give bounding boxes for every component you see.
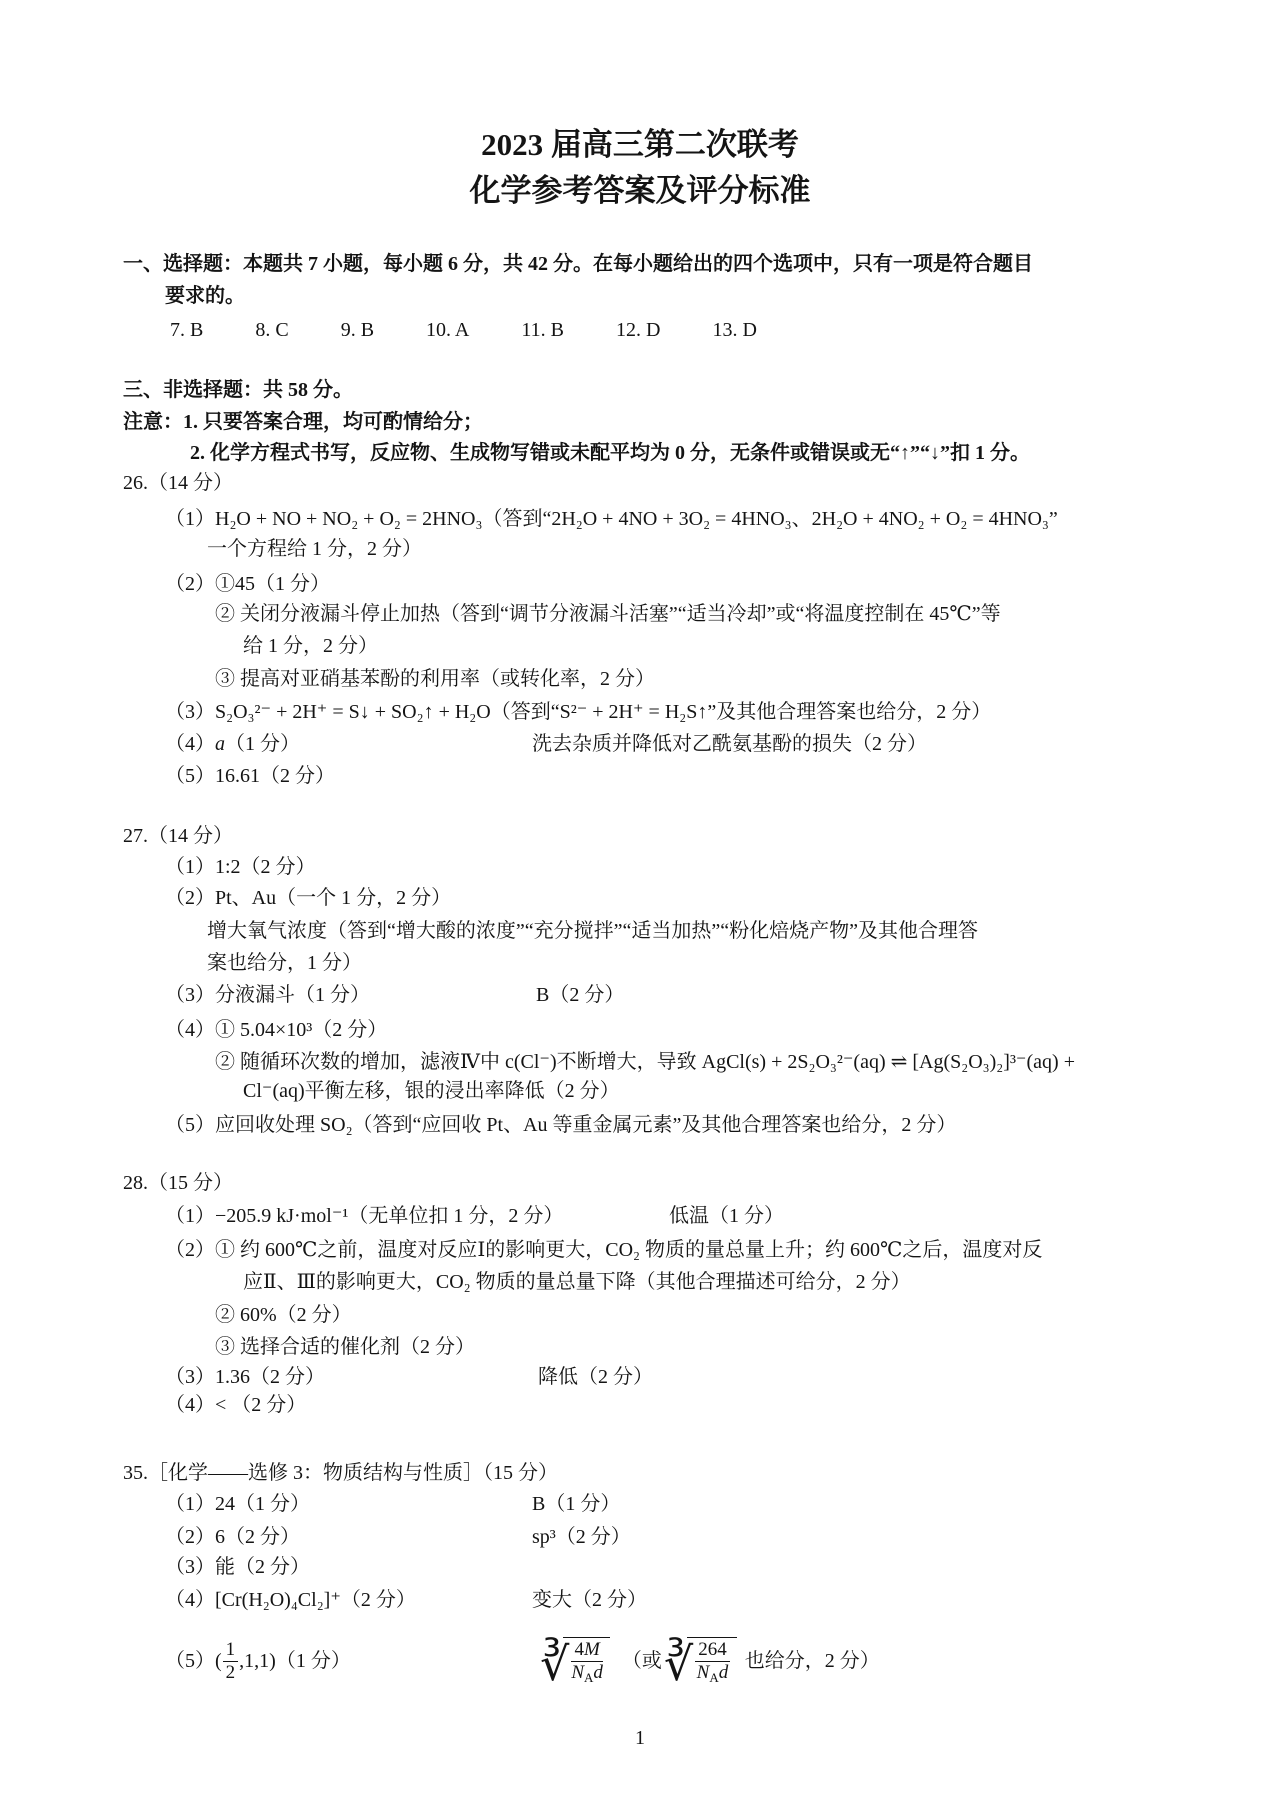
cube-root-sign: ∛ bbox=[664, 1641, 693, 1687]
fraction-denominator: NAd bbox=[695, 1662, 730, 1685]
radicand: 4MNAd bbox=[563, 1637, 610, 1685]
q35-item2-col2: sp³（2 分） bbox=[532, 1522, 631, 1552]
answer-q7: 7. B bbox=[170, 315, 203, 345]
q35-head: 35.［化学——选修 3：物质结构与性质］（15 分） bbox=[123, 1458, 558, 1488]
answer-q10: 10. A bbox=[426, 315, 469, 345]
q35-item5: （5）(12,1,1)（1 分） ∛ 4MNAd （或 ∛ 264NAd 也给分… bbox=[165, 1626, 351, 1696]
q35-item4-col2: 变大（2 分） bbox=[532, 1585, 647, 1615]
q28-item4: （4）< （2 分） bbox=[165, 1390, 306, 1420]
q35-item2-col1: （2）6（2 分） bbox=[165, 1526, 300, 1548]
q27-item4-sub2-cont: Cl⁻(aq)平衡左移，银的浸出率降低（2 分） bbox=[243, 1076, 620, 1106]
q28-item2-sub3: ③ 选择合适的催化剂（2 分） bbox=[215, 1332, 475, 1362]
q26-head: 26.（14 分） bbox=[123, 468, 233, 498]
q35-item4: （4）[Cr(H₂O)₄Cl₂]⁺（2 分） 变大（2 分） bbox=[165, 1585, 416, 1615]
answer-sheet-page: 2023 届高三第二次联考 化学参考答案及评分标准 一、选择题：本题共 7 小题… bbox=[0, 0, 1280, 1810]
alternate-open: （或 bbox=[622, 1646, 662, 1676]
q28-item1-col1: （1）−205.9 kJ·mol⁻¹（无单位扣 1 分，2 分） bbox=[165, 1205, 563, 1227]
choice-answers-row: 7. B 8. C 9. B 10. A 11. B 12. D 13. D bbox=[170, 315, 757, 345]
fraction-denominator: 2 bbox=[223, 1662, 239, 1683]
page-title-line1: 2023 届高三第二次联考 bbox=[0, 124, 1280, 166]
q26-item1: （1）H₂O + NO + NO₂ + O₂ = 2HNO₃（答到“2H₂O +… bbox=[165, 504, 1058, 534]
q35-item1-col1: （1）24（1 分） bbox=[165, 1493, 310, 1515]
coordinate-fraction: 12 bbox=[223, 1640, 239, 1683]
cube-root-formula-1: ∛ 4MNAd bbox=[540, 1637, 610, 1685]
q35-item1-col2: B（1 分） bbox=[532, 1489, 620, 1519]
q27-item2-cont1: 增大氧气浓度（答到“增大酸的浓度”“充分搅拌”“适当加热”“粉化焙烧产物”及其他… bbox=[207, 916, 978, 946]
q28-item2-sub1: （2）① 约 600℃之前，温度对反应Ⅰ的影响更大，CO₂ 物质的量总量上升；约… bbox=[165, 1235, 1042, 1265]
fraction-numerator: 4M bbox=[571, 1640, 603, 1662]
q28-item2-sub1-cont: 应Ⅱ、Ⅲ的影响更大，CO₂ 物质的量总量下降（其他合理描述可给分，2 分） bbox=[243, 1267, 911, 1297]
q27-item3-col1: （3）分液漏斗（1 分） bbox=[165, 984, 370, 1006]
q35-item5-suffix: ,1,1)（1 分） bbox=[239, 1646, 351, 1676]
q35-item1: （1）24（1 分） B（1 分） bbox=[165, 1489, 310, 1519]
cube-root-formula-2: ∛ 264NAd bbox=[664, 1637, 737, 1685]
radicand: 264NAd bbox=[687, 1637, 737, 1685]
q26-item2-sub2-cont: 给 1 分，2 分） bbox=[243, 631, 378, 661]
q35-item4-col1: （4）[Cr(H₂O)₄Cl₂]⁺（2 分） bbox=[165, 1589, 416, 1611]
q27-head: 27.（14 分） bbox=[123, 821, 233, 851]
answer-q12: 12. D bbox=[616, 315, 660, 345]
q27-item3: （3）分液漏斗（1 分） B（2 分） bbox=[165, 980, 370, 1010]
note-2: 2. 化学方程式书写，反应物、生成物写错或未配平均为 0 分，无条件或错误或无“… bbox=[190, 438, 1030, 468]
q28-item2-sub2: ② 60%（2 分） bbox=[215, 1300, 352, 1330]
q27-item3-col2: B（2 分） bbox=[536, 980, 624, 1010]
note-1: 注意：1. 只要答案合理，均可酌情给分； bbox=[123, 407, 483, 437]
q26-item4-variable: a bbox=[215, 733, 225, 755]
q27-item2-cont2: 案也给分，1 分） bbox=[207, 948, 362, 978]
alternate-close: 也给分，2 分） bbox=[745, 1646, 880, 1676]
fraction-numerator: 1 bbox=[223, 1640, 239, 1662]
q28-item3-col2: 降低（2 分） bbox=[538, 1362, 653, 1392]
page-number: 1 bbox=[0, 1723, 1280, 1753]
q26-item4-label: （4） bbox=[165, 733, 215, 755]
q26-item2: （2）①45（1 分） bbox=[165, 569, 330, 599]
q28-item3-col1: （3）1.36（2 分） bbox=[165, 1366, 325, 1388]
q35-item5-col2: ∛ 4MNAd （或 ∛ 264NAd 也给分，2 分） bbox=[538, 1626, 880, 1696]
q26-item2-sub2: ② 关闭分液漏斗停止加热（答到“调节分液漏斗活塞”“适当冷却”或“将温度控制在 … bbox=[215, 599, 1001, 629]
section1-heading: 一、选择题：本题共 7 小题，每小题 6 分，共 42 分。在每小题给出的四个选… bbox=[123, 249, 1033, 279]
q26-item4-col2: 洗去杂质并降低对乙酰氨基酚的损失（2 分） bbox=[532, 729, 927, 759]
q35-item3: （3）能（2 分） bbox=[165, 1552, 310, 1582]
answer-q13: 13. D bbox=[712, 315, 756, 345]
q26-item5: （5）16.61（2 分） bbox=[165, 761, 335, 791]
q26-item4-score: （1 分） bbox=[225, 733, 300, 755]
q27-item2: （2）Pt、Au（一个 1 分，2 分） bbox=[165, 883, 451, 913]
section1-heading-cont: 要求的。 bbox=[165, 281, 245, 311]
section3-heading: 三、非选择题：共 58 分。 bbox=[123, 375, 353, 405]
q26-item4: （4）a（1 分） 洗去杂质并降低对乙酰氨基酚的损失（2 分） bbox=[165, 729, 300, 759]
radicand-fraction: 264NAd bbox=[695, 1640, 730, 1685]
answer-q8: 8. C bbox=[255, 315, 288, 345]
q27-item4-sub1: （4）① 5.04×10³（2 分） bbox=[165, 1015, 387, 1045]
fraction-numerator: 264 bbox=[695, 1640, 730, 1662]
q27-item5: （5）应回收处理 SO₂（答到“应回收 Pt、Au 等重金属元素”及其他合理答案… bbox=[165, 1110, 956, 1140]
answer-q9: 9. B bbox=[341, 315, 374, 345]
fraction-denominator: NAd bbox=[571, 1662, 603, 1685]
q28-item3: （3）1.36（2 分） 降低（2 分） bbox=[165, 1362, 325, 1392]
radicand-fraction: 4MNAd bbox=[571, 1640, 603, 1685]
q28-item1: （1）−205.9 kJ·mol⁻¹（无单位扣 1 分，2 分） 低温（1 分） bbox=[165, 1201, 563, 1231]
q27-item1: （1）1:2（2 分） bbox=[165, 852, 316, 882]
q28-head: 28.（15 分） bbox=[123, 1168, 233, 1198]
q28-item1-col2: 低温（1 分） bbox=[669, 1201, 784, 1231]
q27-item4-sub2: ② 随循环次数的增加，滤液Ⅳ中 c(Cl⁻)不断增大，导致 AgCl(s) + … bbox=[215, 1047, 1075, 1077]
q26-item3: （3）S₂O₃²⁻ + 2H⁺ = S↓ + SO₂↑ + H₂O（答到“S²⁻… bbox=[165, 697, 991, 727]
q26-item1-cont: 一个方程给 1 分，2 分） bbox=[207, 534, 422, 564]
answer-q11: 11. B bbox=[521, 315, 564, 345]
page-title-line2: 化学参考答案及评分标准 bbox=[0, 170, 1280, 212]
q35-item2: （2）6（2 分） sp³（2 分） bbox=[165, 1522, 300, 1552]
q26-item2-sub3: ③ 提高对亚硝基苯酚的利用率（或转化率，2 分） bbox=[215, 664, 655, 694]
q35-item5-prefix: （5）( bbox=[165, 1646, 222, 1676]
cube-root-sign: ∛ bbox=[540, 1641, 569, 1687]
